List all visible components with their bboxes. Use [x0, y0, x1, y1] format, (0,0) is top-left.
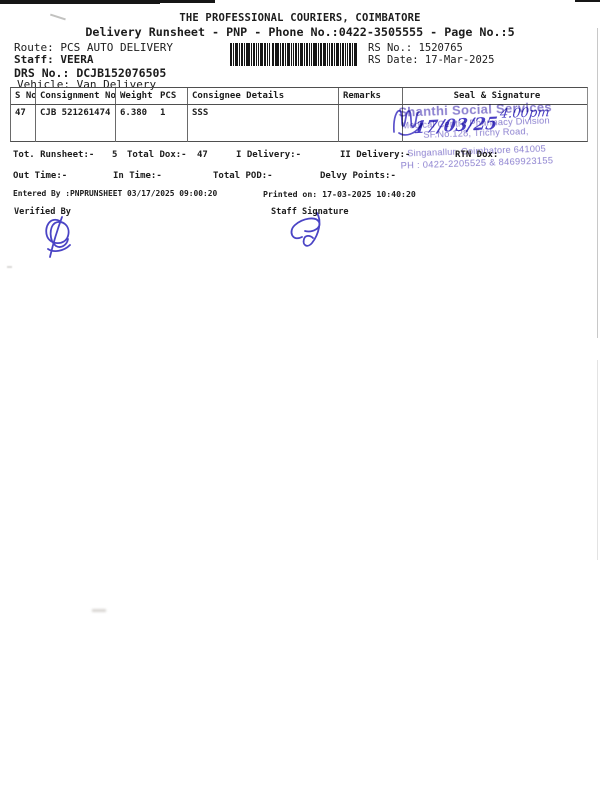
runsheet-document: THE PROFESSIONAL COURIERS, COIMBATORE De…: [0, 0, 600, 800]
rs-no-label: RS No.:: [368, 42, 412, 54]
out-time-label: Out Time:-: [13, 171, 67, 181]
col-header-consignment-no: Consignment No: [36, 88, 116, 104]
scan-edge-right: [597, 28, 598, 338]
col-header-sno: S No: [11, 88, 36, 104]
total-pod-label: Total POD:-: [213, 171, 273, 181]
cell-pcs: 1: [156, 105, 188, 142]
scan-edge-right-lower: [597, 360, 598, 560]
smudge-dot: [7, 266, 12, 268]
scan-artifact-top-left-dark: [0, 0, 160, 4]
col-header-pcs: PCS: [156, 88, 188, 104]
shanthi-social-services-stamp: Shanthi Social Services Medical Centre P…: [351, 98, 600, 173]
cell-weight: 6.380: [116, 105, 156, 142]
tot-runsheet-value: 5: [112, 150, 117, 160]
rs-date-value: 17-Mar-2025: [425, 54, 495, 66]
total-dox-label: Total Dox:-: [127, 150, 187, 160]
printed-on-line: Printed on: 17-03-2025 10:40:20: [263, 189, 416, 199]
rs-no-line: RS No.: 1520765: [368, 42, 463, 54]
page-subtitle: Delivery Runsheet - PNP - Phone No.:0422…: [0, 25, 600, 39]
handwritten-time: 4.00pm: [499, 105, 550, 122]
col-header-weight: Weight: [116, 88, 156, 104]
total-dox-value: 47: [197, 150, 208, 160]
tot-runsheet-label: Tot. Runsheet:-: [13, 150, 94, 160]
rs-no-value: 1520765: [419, 42, 463, 54]
in-time-label: In Time:-: [113, 171, 162, 181]
rs-date-line: RS Date: 17-Mar-2025: [368, 54, 494, 66]
smudge-mark: [92, 609, 106, 612]
staff-label: Staff:: [14, 53, 54, 66]
entered-by-line: Entered By :PNPRUNSHEET 03/17/2025 09:00…: [13, 189, 217, 198]
scan-artifact-top-right: [575, 0, 600, 2]
cell-consignee-details: SSS: [188, 105, 339, 142]
barcode: [230, 43, 357, 66]
staff-line: Staff: VEERA: [14, 53, 94, 66]
cell-sno: 47: [11, 105, 36, 142]
stamp-initial-signature: [390, 102, 426, 138]
col-header-consignee-details: Consignee Details: [188, 88, 339, 104]
staff-value: VEERA: [60, 53, 93, 66]
cell-consignment-no: CJB 521261474: [36, 105, 116, 142]
staff-signature-scribble: [286, 209, 330, 249]
i-delivery-label: I Delivery:-: [236, 150, 301, 160]
page-title: THE PROFESSIONAL COURIERS, COIMBATORE: [0, 12, 600, 24]
verified-signature: [40, 215, 78, 259]
rs-date-label: RS Date:: [368, 54, 419, 66]
